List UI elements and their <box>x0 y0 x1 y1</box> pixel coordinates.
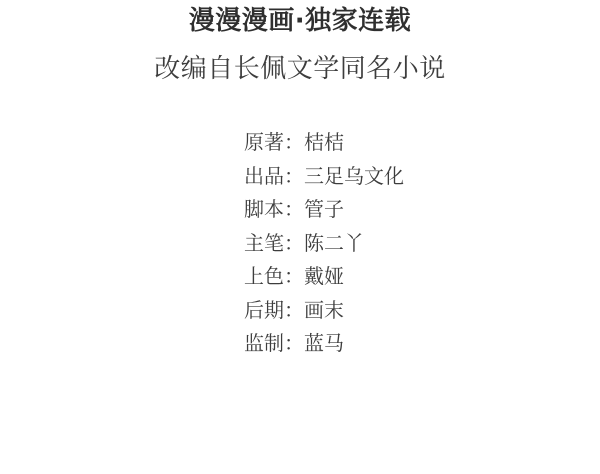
credit-person-name: 陈二丫 <box>304 231 364 255</box>
credit-row: 原著：桔桔 <box>244 126 404 160</box>
credit-row: 主笔：陈二丫 <box>244 227 404 261</box>
credit-role-label: 后期： <box>244 298 304 322</box>
credit-person-name: 戴娅 <box>304 264 344 288</box>
credit-role-label: 主笔： <box>244 231 304 255</box>
credits-list: 原著：桔桔出品：三足乌文化脚本：管子主笔：陈二丫上色：戴娅后期：画末监制：蓝马 <box>244 126 404 361</box>
credit-role-label: 出品： <box>244 164 304 188</box>
credit-person-name: 三足乌文化 <box>304 164 404 188</box>
credit-row: 出品：三足乌文化 <box>244 160 404 194</box>
credit-role-label: 监制： <box>244 331 304 355</box>
credit-row: 后期：画末 <box>244 294 404 328</box>
credit-row: 脚本：管子 <box>244 193 404 227</box>
credit-role-label: 脚本： <box>244 197 304 221</box>
credit-person-name: 蓝马 <box>304 331 344 355</box>
comic-credits-page: 漫漫漫画·独家连载 改编自长佩文学同名小说 原著：桔桔出品：三足乌文化脚本：管子… <box>0 0 600 474</box>
credit-row: 上色：戴娅 <box>244 260 404 294</box>
credit-person-name: 桔桔 <box>304 130 344 154</box>
credit-role-label: 原著： <box>244 130 304 154</box>
adaptation-subtitle: 改编自长佩文学同名小说 <box>0 52 600 86</box>
credit-person-name: 管子 <box>304 197 344 221</box>
page-title: 漫漫漫画·独家连载 <box>0 4 600 38</box>
credit-row: 监制：蓝马 <box>244 327 404 361</box>
credit-role-label: 上色： <box>244 264 304 288</box>
credit-person-name: 画末 <box>304 298 344 322</box>
